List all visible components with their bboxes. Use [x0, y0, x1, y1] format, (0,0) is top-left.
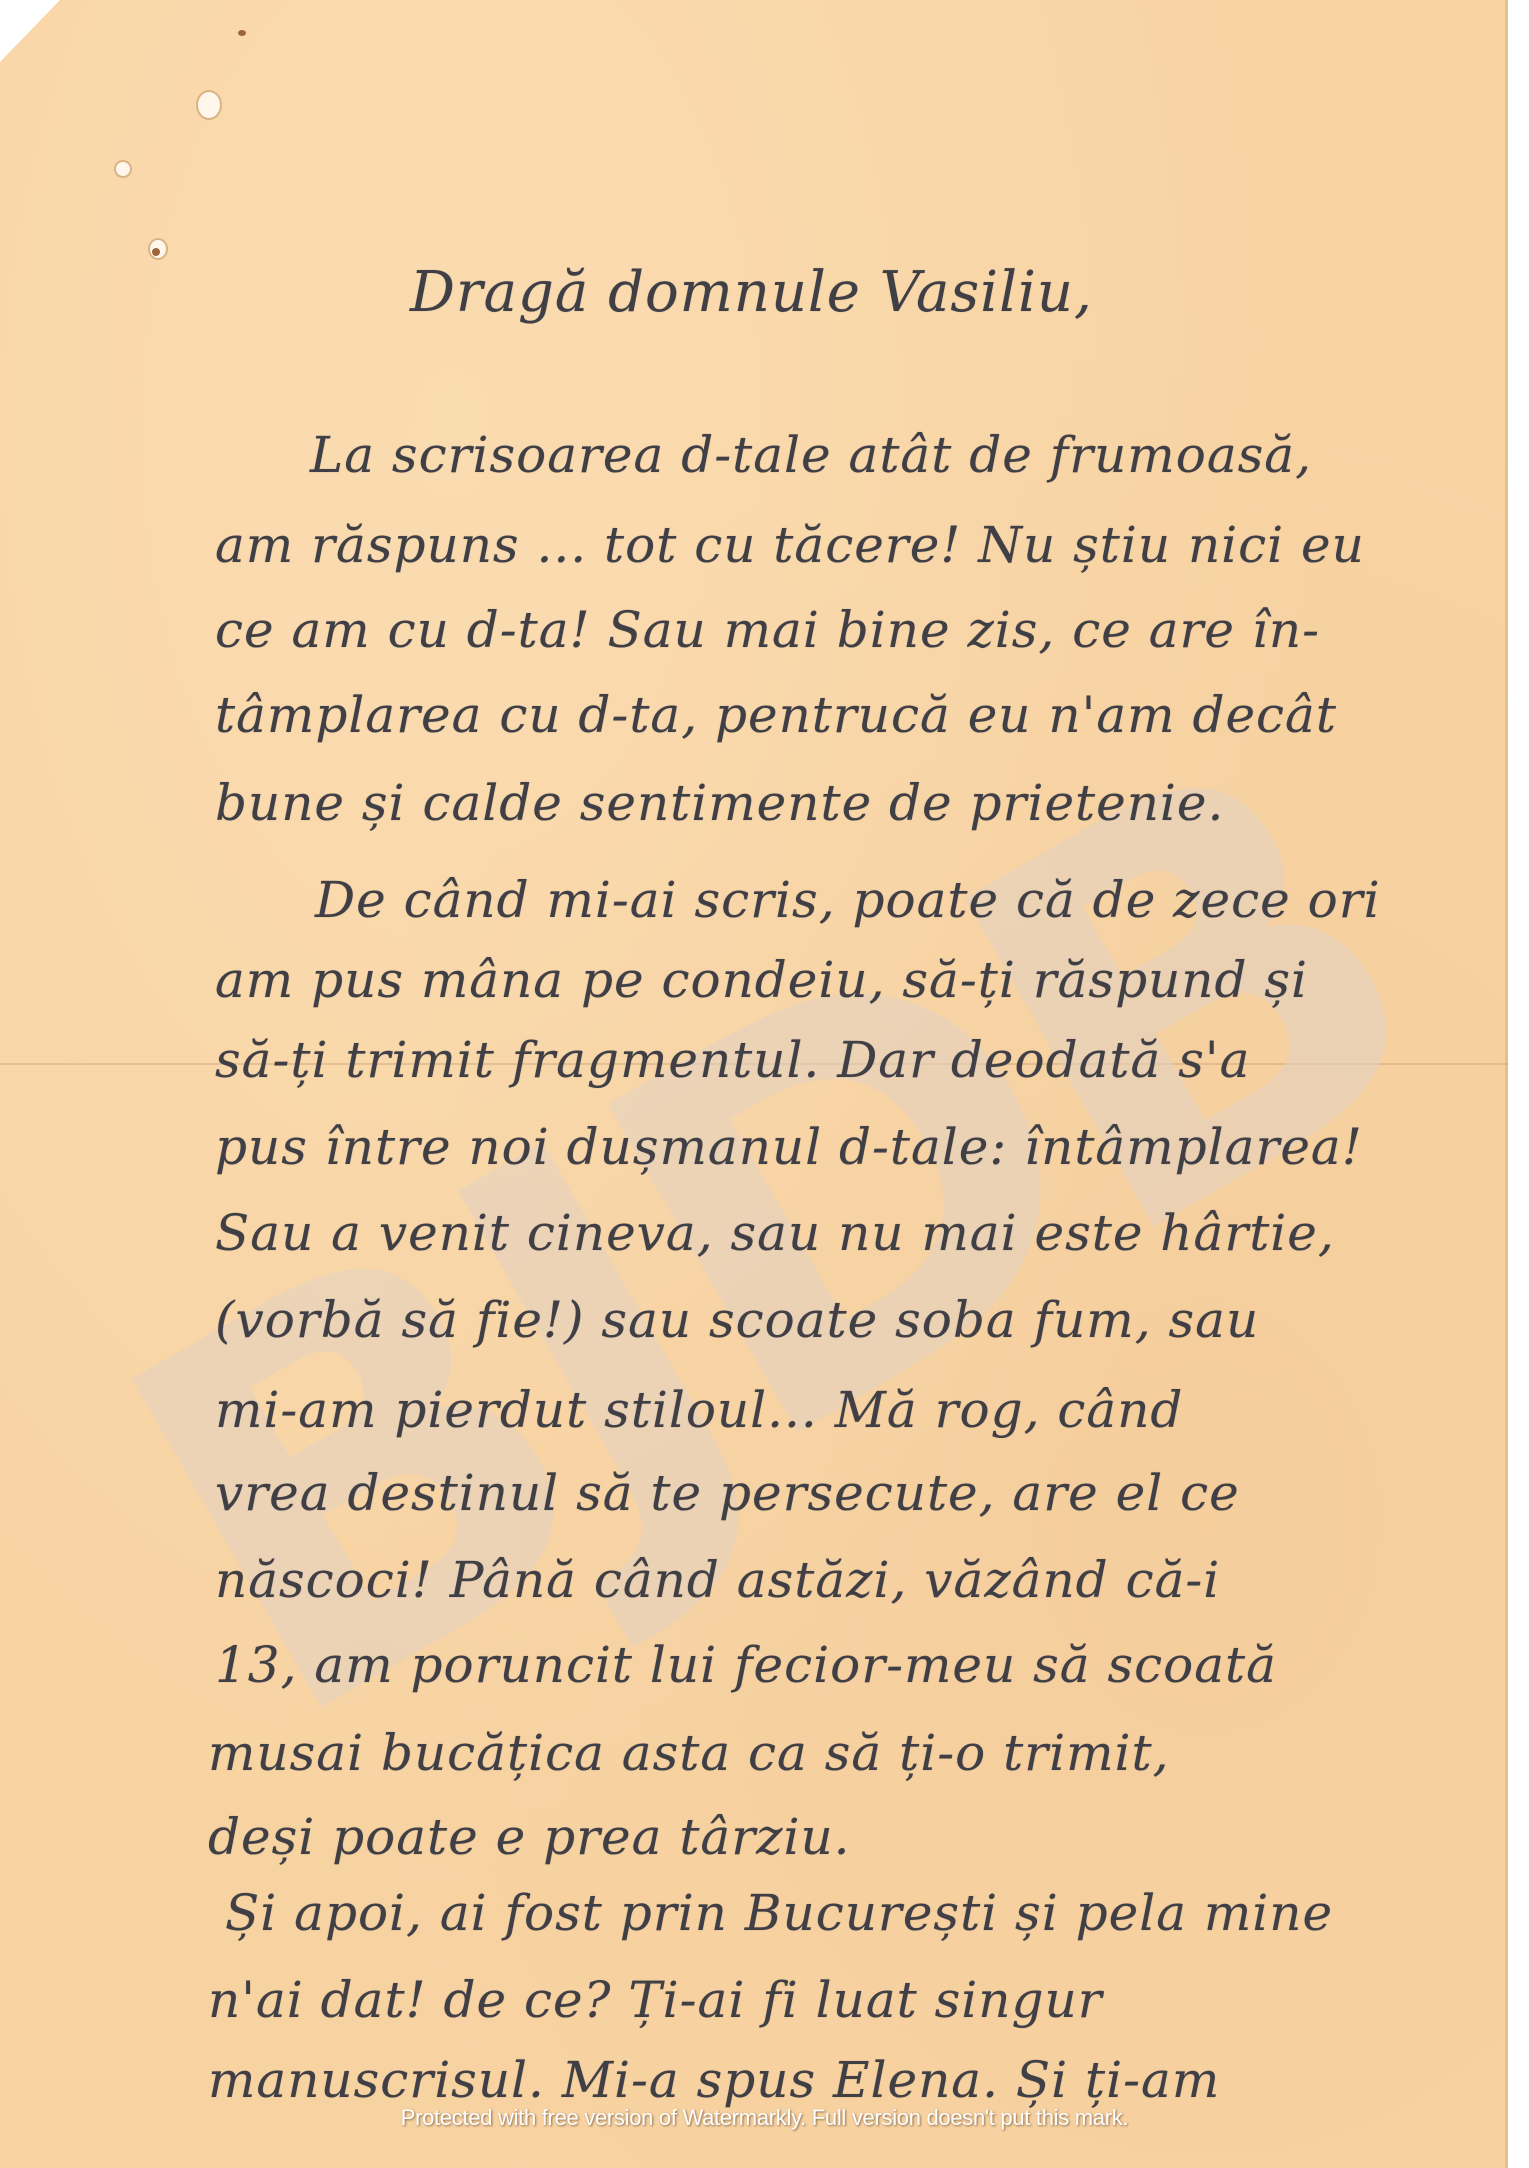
letter-line: ce am cu d-ta! Sau mai bine zis, ce are …: [215, 605, 1320, 655]
letter-line: am pus mâna pe condeiu, să-ți răspund și: [215, 955, 1308, 1005]
letter-body: Dragă domnule Vasiliu, La scrisoarea d-t…: [0, 0, 1508, 2168]
letter-line: am răspuns ... tot cu tăcere! Nu știu ni…: [215, 520, 1365, 570]
letter-salutation: Dragă domnule Vasiliu,: [410, 265, 1093, 321]
letter-line: Și apoi, ai fost prin București și pela …: [225, 1888, 1333, 1938]
letter-page: BJDB Dragă domnule Vasiliu, La scrisoare…: [0, 0, 1508, 2168]
letter-line: pus între noi dușmanul d-tale: întâmplar…: [215, 1122, 1363, 1172]
letter-line: bune și calde sentimente de prietenie.: [215, 778, 1224, 828]
letter-line: vrea destinul să te persecute, are el ce: [215, 1468, 1240, 1518]
letter-line: mi-am pierdut stiloul... Mă rog, când: [215, 1385, 1183, 1435]
letter-line: La scrisoarea d-tale atât de frumoasă,: [310, 430, 1312, 480]
letter-line: deși poate e prea târziu.: [208, 1812, 851, 1862]
letter-line: Sau a venit cineva, sau nu mai este hârt…: [215, 1208, 1335, 1258]
letter-line: musai bucățica asta ca să ți-o trimit,: [208, 1728, 1169, 1778]
letter-line: (vorbă să fie!) sau scoate soba fum, sau: [215, 1295, 1259, 1345]
watermarkly-notice: Protected with free version of Watermark…: [0, 2105, 1529, 2131]
letter-line: n'ai dat! de ce? Ți-ai fi luat singur: [208, 1975, 1103, 2025]
letter-line: De când mi-ai scris, poate că de zece or…: [315, 875, 1381, 925]
letter-line: născoci! Până când astăzi, văzând că-i: [215, 1555, 1220, 1605]
letter-line: 13, am poruncit lui fecior-meu să scoată: [215, 1640, 1277, 1690]
letter-line: manuscrisul. Mi-a spus Elena. Și ți-am: [208, 2055, 1220, 2105]
letter-line: să-ți trimit fragmentul. Dar deodată s'a: [215, 1035, 1250, 1085]
letter-line: tâmplarea cu d-ta, pentrucă eu n'am decâ…: [215, 690, 1337, 740]
